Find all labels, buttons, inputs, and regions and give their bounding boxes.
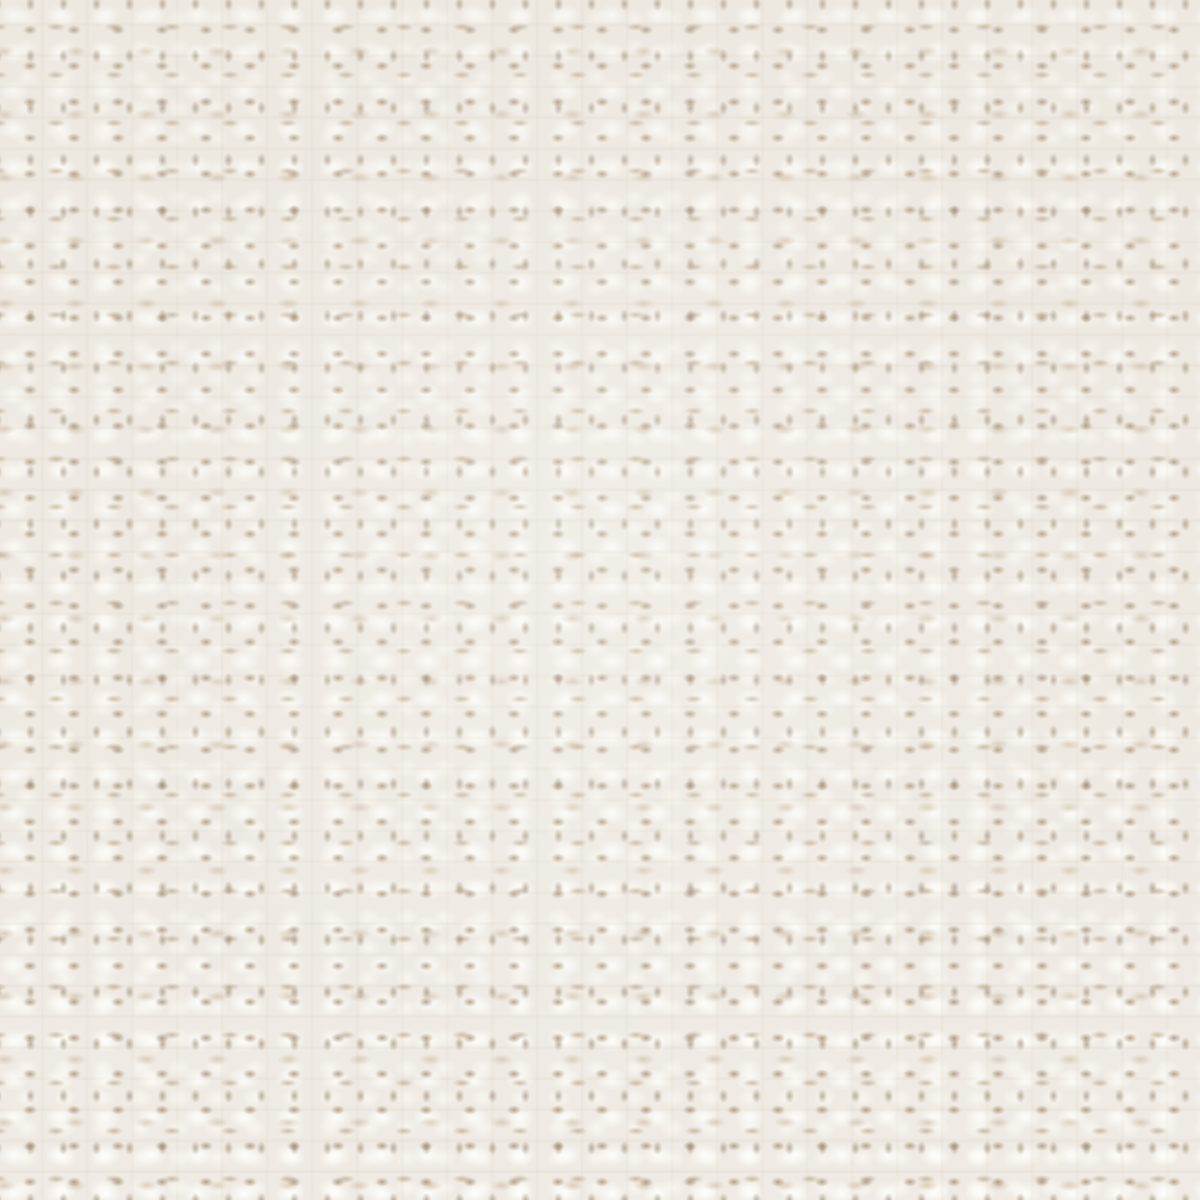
lighting-overlay: [0, 0, 1200, 1200]
rug-texture-photo: [0, 0, 1200, 1200]
